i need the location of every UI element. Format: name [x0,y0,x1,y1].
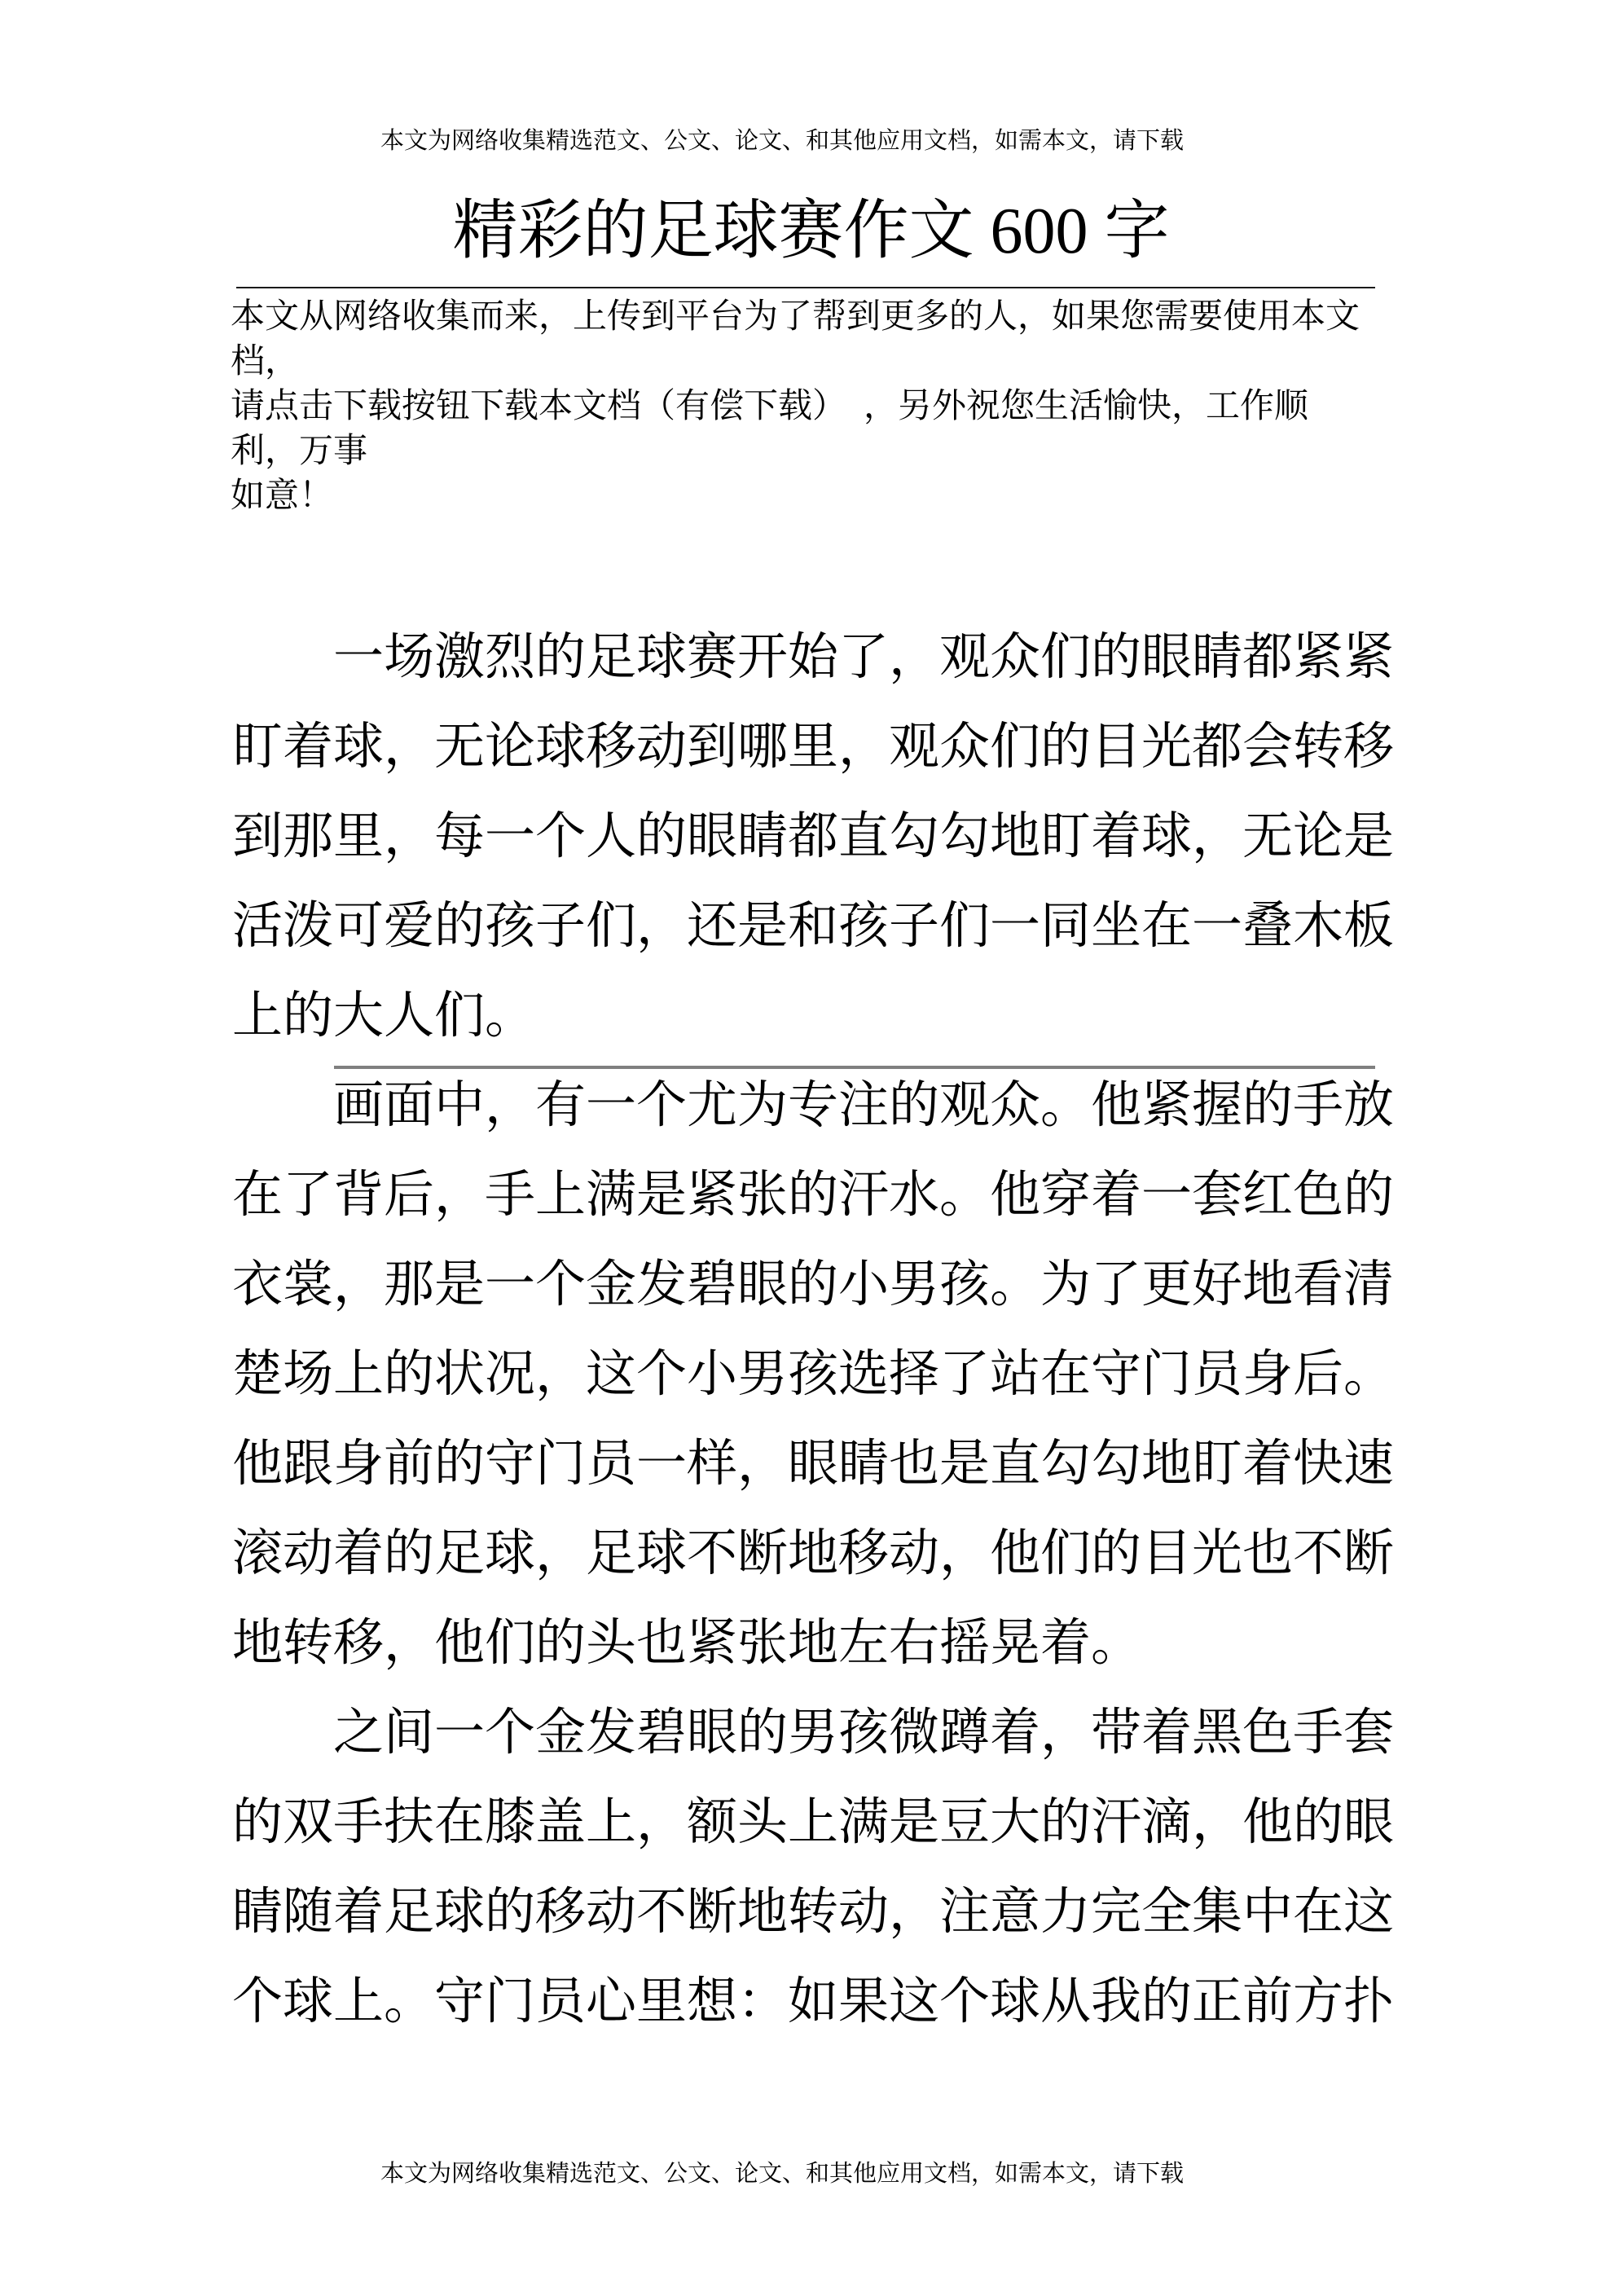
body-line: 在了背后，手上满是紧张的汗水。他穿着一套红色的 [232,1150,1430,1240]
notice-line: 档， [231,340,1428,385]
body-line: 画面中，有一个尤为专注的观众。他紧握的手放 [232,1061,1430,1150]
body-line: 地转移，他们的头也紧张地左右摇晃着。 [232,1599,1430,1688]
body-line: 一场激烈的足球赛开始了，观众们的眼睛都紧紧 [232,613,1430,702]
body-line: 之间一个金发碧眼的男孩微蹲着，带着黑色手套 [232,1688,1430,1778]
footer-note: 本文为网络收集精选范文、公文、论文、和其他应用文档，如需本文，请下载 [0,2159,1564,2188]
body-line: 个球上。守门员心里想：如果这个球从我的正前方扑 [232,1957,1430,2047]
notice-line: 利，万事 [231,429,1428,474]
notice-line: 本文从网络收集而来，上传到平台为了帮到更多的人，如果您需要使用本文 [231,295,1428,340]
body-line: 睛随着足球的移动不断地转动，注意力完全集中在这 [232,1867,1430,1957]
body-line: 到那里，每一个人的眼睛都直勾勾地盯着球，无论是 [232,792,1430,882]
essay-paragraph-1: 一场激烈的足球赛开始了，观众们的眼睛都紧紧 盯着球，无论球移动到哪里，观众们的目… [232,613,1430,1061]
body-line: 上的大人们。 [232,971,1430,1061]
header-note: 本文为网络收集精选范文、公文、论文、和其他应用文档，如需本文，请下载 [0,126,1564,156]
essay-paragraph-3: 之间一个金发碧眼的男孩微蹲着，带着黑色手套 的双手扶在膝盖上，额头上满是豆大的汗… [232,1688,1430,2047]
title-underline-rule [236,287,1375,288]
body-line: 的双手扶在膝盖上，额头上满是豆大的汗滴，他的眼 [232,1778,1430,1867]
body-line: 活泼可爱的孩子们，还是和孩子们一同坐在一叠木板 [232,882,1430,971]
body-line: 衣裳，那是一个金发碧眼的小男孩。为了更好地看清 [232,1240,1430,1330]
document-page: 本文为网络收集精选范文、公文、论文、和其他应用文档，如需本文，请下载 精彩的足球… [0,0,1622,2296]
download-notice: 本文从网络收集而来，上传到平台为了帮到更多的人，如果您需要使用本文 档， 请点击… [231,295,1428,519]
body-line: 他跟身前的守门员一样，眼睛也是直勾勾地盯着快速 [232,1419,1430,1509]
body-line: 楚场上的状况，这个小男孩选择了站在守门员身后。 [232,1330,1430,1419]
body-line: 滚动着的足球，足球不断地移动，他们的目光也不断 [232,1509,1430,1599]
page-title: 精彩的足球赛作文 600 字 [0,189,1622,274]
body-line: 盯着球，无论球移动到哪里，观众们的目光都会转移 [232,702,1430,792]
notice-line: 请点击下载按钮下载本文档（有偿下载） ，另外祝您生活愉快，工作顺 [231,385,1428,429]
essay-paragraph-2: 画面中，有一个尤为专注的观众。他紧握的手放 在了背后，手上满是紧张的汗水。他穿着… [232,1061,1430,1688]
notice-line: 如意！ [231,474,1428,519]
